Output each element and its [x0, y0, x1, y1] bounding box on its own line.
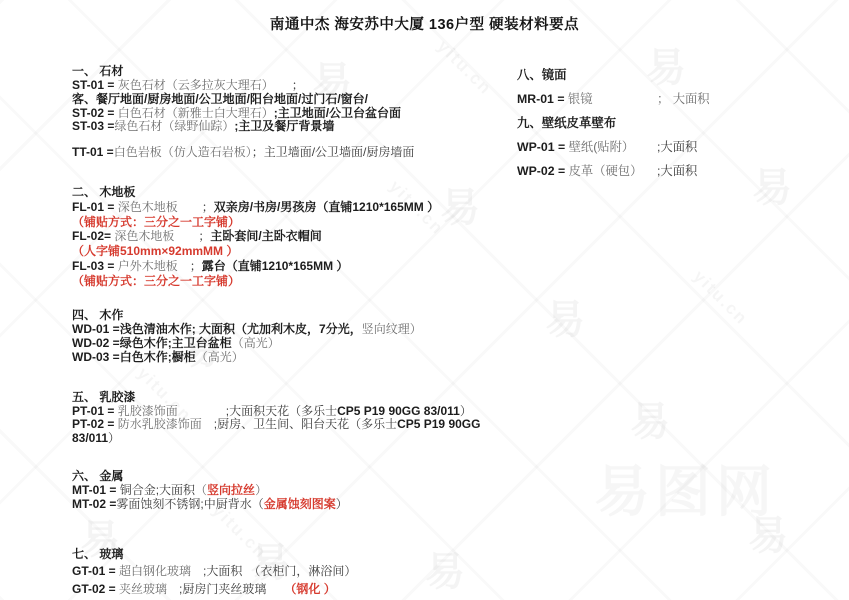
spec-line: （人字铺510mm×92mmMM ） — [72, 244, 517, 259]
spec-label-cell: WP-01 = 壁纸(贴附） — [517, 140, 657, 154]
section-heading: 六、 金属 — [72, 469, 517, 483]
spec-usage-cell: ； 大面积 — [657, 92, 710, 106]
section-wood-floor: 二、 木地板 FL-01 = 深色木地板 ；双亲房/书房/男孩房（直铺1210*… — [72, 185, 517, 288]
text-segment: TT-01 = — [72, 145, 114, 159]
text-segment: ； — [178, 200, 214, 214]
spec-line: MT-01 = 铜合金;大面积（竖向拉丝） — [72, 484, 517, 498]
text-segment: CP5 P19 90GG 83/011 — [337, 404, 460, 418]
text-segment: ） — [255, 483, 267, 497]
text-segment: （铺贴方式：三分之一工字铺） — [72, 274, 240, 288]
spec-line: WP-02 = 皮革（硬包） ;大面积 — [517, 164, 817, 178]
spec-line: FL-02= 深色木地板 ；主卧套间/主卧衣帽间 — [72, 229, 517, 244]
text-segment: MT-01 = — [72, 483, 120, 497]
text-segment: ；主卫墙面/公卫墙面/厨房墙面 — [252, 145, 415, 159]
spec-line: WD-03 =白色木作;橱柜（高光） — [72, 351, 517, 365]
text-segment: 壁纸(贴附） — [569, 140, 635, 154]
text-segment: 防水乳胶漆饰面 — [118, 417, 202, 431]
text-segment: 深色木地板 — [114, 229, 174, 243]
text-segment: FL-02= — [72, 229, 114, 243]
text-segment: 主卧套间/主卧衣帽间 — [210, 229, 321, 243]
text-segment: （铺贴方式：三分之一工字铺） — [72, 215, 240, 229]
watermark-glyph: 易 — [630, 402, 670, 442]
text-segment: ； — [174, 229, 210, 243]
text-segment: ST-02 = — [72, 106, 118, 120]
text-segment: PT-02 = — [72, 417, 118, 431]
spec-line: ST-03 =绿色石材（绿野仙踪）;主卫及餐厅背景墙 — [72, 120, 517, 134]
spec-line: FL-03 = 户外木地板 ；露台（直铺1210*165MM ） — [72, 259, 517, 274]
text-segment: ;大面积 （衣柜门，淋浴间） — [191, 564, 356, 578]
text-segment: （ — [252, 497, 264, 511]
text-segment: 金属蚀刻图案 — [264, 497, 336, 511]
section-heading: 一、 石材 — [72, 64, 517, 78]
text-segment: ） — [336, 497, 348, 511]
text-segment: 夹丝玻璃 — [119, 582, 167, 596]
text-segment: 竖向拉丝 — [207, 483, 255, 497]
watermark-glyph: 易 — [545, 300, 585, 340]
text-segment: 绿色木作;主卫台盆柜 — [120, 336, 232, 350]
text-segment: （高光） — [196, 350, 244, 364]
text-segment: 灰色石材（云多拉灰大理石） — [118, 78, 268, 92]
text-segment: FL-03 = — [72, 259, 118, 273]
text-segment: （尤加利木皮，7分光， — [235, 322, 362, 336]
text-segment: 厨房、卫生间、阳台天花（多乐士 — [217, 417, 397, 431]
section-glass: 七、 玻璃 GT-01 = 超白钢化玻璃 ;大面积 （衣柜门，淋浴间） GT-0… — [72, 547, 517, 598]
section-heading: 七、 玻璃 — [72, 547, 517, 561]
spec-line: 客、餐厅地面/厨房地面/公卫地面/阳台地面/过门石/窗台/ — [72, 93, 517, 107]
spec-line: FL-01 = 深色木地板 ；双亲房/书房/男孩房（直铺1210*165MM ） — [72, 200, 517, 215]
section-woodwork: 四、 木作 WD-01 =浅色清油木作; 大面积（尤加利木皮，7分光，竖向纹理）… — [72, 308, 517, 364]
text-segment: WP-01 = — [517, 140, 569, 154]
text-segment: 大面积天花（多乐士 — [229, 404, 337, 418]
text-segment: 银镜 — [568, 92, 593, 106]
text-segment: PT-01 = — [72, 404, 118, 418]
section-stone: 一、 石材 ST-01 = 灰色石材（云多拉灰大理石） ； 客、餐厅地面/厨房地… — [72, 64, 517, 134]
spec-label-cell: WP-02 = 皮革（硬包） — [517, 164, 657, 178]
section-wallpaper: 九、壁纸皮革壁布 WP-01 = 壁纸(贴附） ;大面积 WP-02 = 皮革（… — [517, 116, 817, 178]
text-segment: ） — [460, 404, 472, 418]
watermark-site-name: 易图网 — [594, 464, 777, 520]
section-paint: 五、 乳胶漆 PT-01 = 乳胶漆饰面 ;大面积天花（多乐士CP5 P19 9… — [72, 390, 517, 446]
text-segment: 浅色清油木作; 大面积 — [120, 322, 235, 336]
spec-line: WD-01 =浅色清油木作; 大面积（尤加利木皮，7分光，竖向纹理） — [72, 323, 517, 337]
text-segment: 客、餐厅地面/厨房地面/公卫地面/阳台地面/过门石/窗台/ — [72, 92, 368, 106]
spec-line: WP-01 = 壁纸(贴附） ;大面积 — [517, 140, 817, 154]
text-segment: WD-03 = — [72, 350, 120, 364]
text-segment: 雾面蚀刻不锈钢;中厨背水 — [116, 497, 251, 511]
spec-line: MR-01 = 银镜 ； 大面积 — [517, 92, 817, 106]
section-heading: 九、壁纸皮革壁布 — [517, 116, 817, 130]
page-title: 南通中杰 海安苏中大厦 136户型 硬装材料要点 — [0, 13, 849, 34]
watermark-glyph: 易 — [748, 516, 788, 556]
section-heading: 二、 木地板 — [72, 185, 517, 199]
text-segment: ; — [202, 417, 217, 431]
text-segment: （钢化 ） — [290, 582, 335, 596]
page: { "title": "南通中杰 海安苏中大厦 136户型 硬装材料要点", "… — [0, 0, 849, 600]
spec-line: GT-02 = 夹丝玻璃 ;厨房门夹丝玻璃 （钢化 ） — [72, 580, 517, 598]
spec-line: ST-01 = 灰色石材（云多拉灰大理石） ； — [72, 79, 517, 93]
text-segment: 绿色石材（绿野仙踪） — [114, 119, 234, 133]
text-segment: ； — [268, 78, 304, 92]
text-segment: FL-01 = — [72, 200, 118, 214]
text-segment: ST-01 = — [72, 78, 118, 92]
watermark-url: yitu.cn — [689, 267, 752, 330]
text-segment: MR-01 = — [517, 92, 568, 106]
spec-line: （铺贴方式：三分之一工字铺） — [72, 215, 517, 230]
section-mirror: 八、镜面 MR-01 = 银镜 ； 大面积 — [517, 68, 817, 106]
materials-right-column: 八、镜面 MR-01 = 银镜 ； 大面积 九、壁纸皮革壁布 WP-01 = 壁… — [517, 68, 817, 187]
text-segment: （高光） — [232, 336, 280, 350]
spec-line: TT-01 =白色岩板（仿人造石岩板）；主卫墙面/公卫墙面/厨房墙面 — [72, 146, 517, 160]
section-heading: 五、 乳胶漆 — [72, 390, 517, 404]
text-segment: WP-02 = — [517, 164, 569, 178]
text-segment: ; — [178, 404, 229, 418]
section-heading: 八、镜面 — [517, 68, 817, 82]
text-segment: 白色木作;橱柜 — [120, 350, 196, 364]
text-segment: 铜合金;大面积 — [120, 483, 195, 497]
text-segment: 超白钢化玻璃 — [119, 564, 191, 578]
text-segment: GT-02 = — [72, 582, 119, 596]
text-segment: ST-03 = — [72, 119, 114, 133]
text-segment: （人字铺510mm×92mmMM ） — [72, 244, 238, 258]
spec-line: 83/011） — [72, 432, 517, 446]
text-segment: ； 大面积 — [657, 92, 710, 106]
spec-label-cell: MR-01 = 银镜 — [517, 92, 657, 106]
spec-line: MT-02 =雾面蚀刻不锈钢;中厨背水（金属蚀刻图案） — [72, 498, 517, 512]
spec-line: WD-02 =绿色木作;主卫台盆柜（高光） — [72, 337, 517, 351]
text-segment: 露台（直铺1210*165MM ） — [202, 259, 349, 273]
spec-usage-cell: ;大面积 — [657, 164, 697, 178]
text-segment: 皮革（硬包） — [569, 164, 643, 178]
spec-usage-cell: ;大面积 — [657, 140, 697, 154]
text-segment: ； — [178, 259, 202, 273]
spec-line: PT-02 = 防水乳胶漆饰面 ;厨房、卫生间、阳台天花（多乐士CP5 P19 … — [72, 418, 517, 432]
text-segment: WD-02 = — [72, 336, 120, 350]
text-segment: 白色石材（新雅士白大理石） — [118, 106, 274, 120]
materials-left-column: 一、 石材 ST-01 = 灰色石材（云多拉灰大理石） ； 客、餐厅地面/厨房地… — [72, 64, 517, 598]
text-segment: ） — [108, 431, 120, 445]
section-metal: 六、 金属 MT-01 = 铜合金;大面积（竖向拉丝） MT-02 =雾面蚀刻不… — [72, 469, 517, 512]
text-segment: WD-01 = — [72, 322, 120, 336]
text-segment: ;主卫及餐厅背景墙 — [234, 119, 334, 133]
section-slab: TT-01 =白色岩板（仿人造石岩板）；主卫墙面/公卫墙面/厨房墙面 — [72, 146, 517, 160]
text-segment: 户外木地板 — [118, 259, 178, 273]
text-segment: GT-01 = — [72, 564, 119, 578]
text-segment: 双亲房/书房/男孩房（直铺1210*165MM ） — [214, 200, 439, 214]
text-segment: 乳胶漆饰面 — [118, 404, 178, 418]
spec-line: GT-01 = 超白钢化玻璃 ;大面积 （衣柜门，淋浴间） — [72, 562, 517, 580]
spec-line: （铺贴方式：三分之一工字铺） — [72, 274, 517, 289]
text-segment: ;大面积 — [657, 164, 697, 178]
text-segment: （ — [195, 483, 207, 497]
text-segment: 竖向纹理） — [362, 322, 422, 336]
text-segment: 白色岩板（仿人造石岩板） — [114, 145, 252, 159]
text-segment: ;厨房门夹丝玻璃 — [167, 582, 290, 596]
text-segment: 深色木地板 — [118, 200, 178, 214]
text-segment: ;大面积 — [657, 140, 697, 154]
section-heading: 四、 木作 — [72, 308, 517, 322]
text-segment: CP5 P19 90GG — [397, 417, 480, 431]
text-segment: 83/011 — [72, 431, 108, 445]
text-segment: MT-02 = — [72, 497, 116, 511]
text-segment: ;主卫地面/公卫台盆台面 — [274, 106, 401, 120]
